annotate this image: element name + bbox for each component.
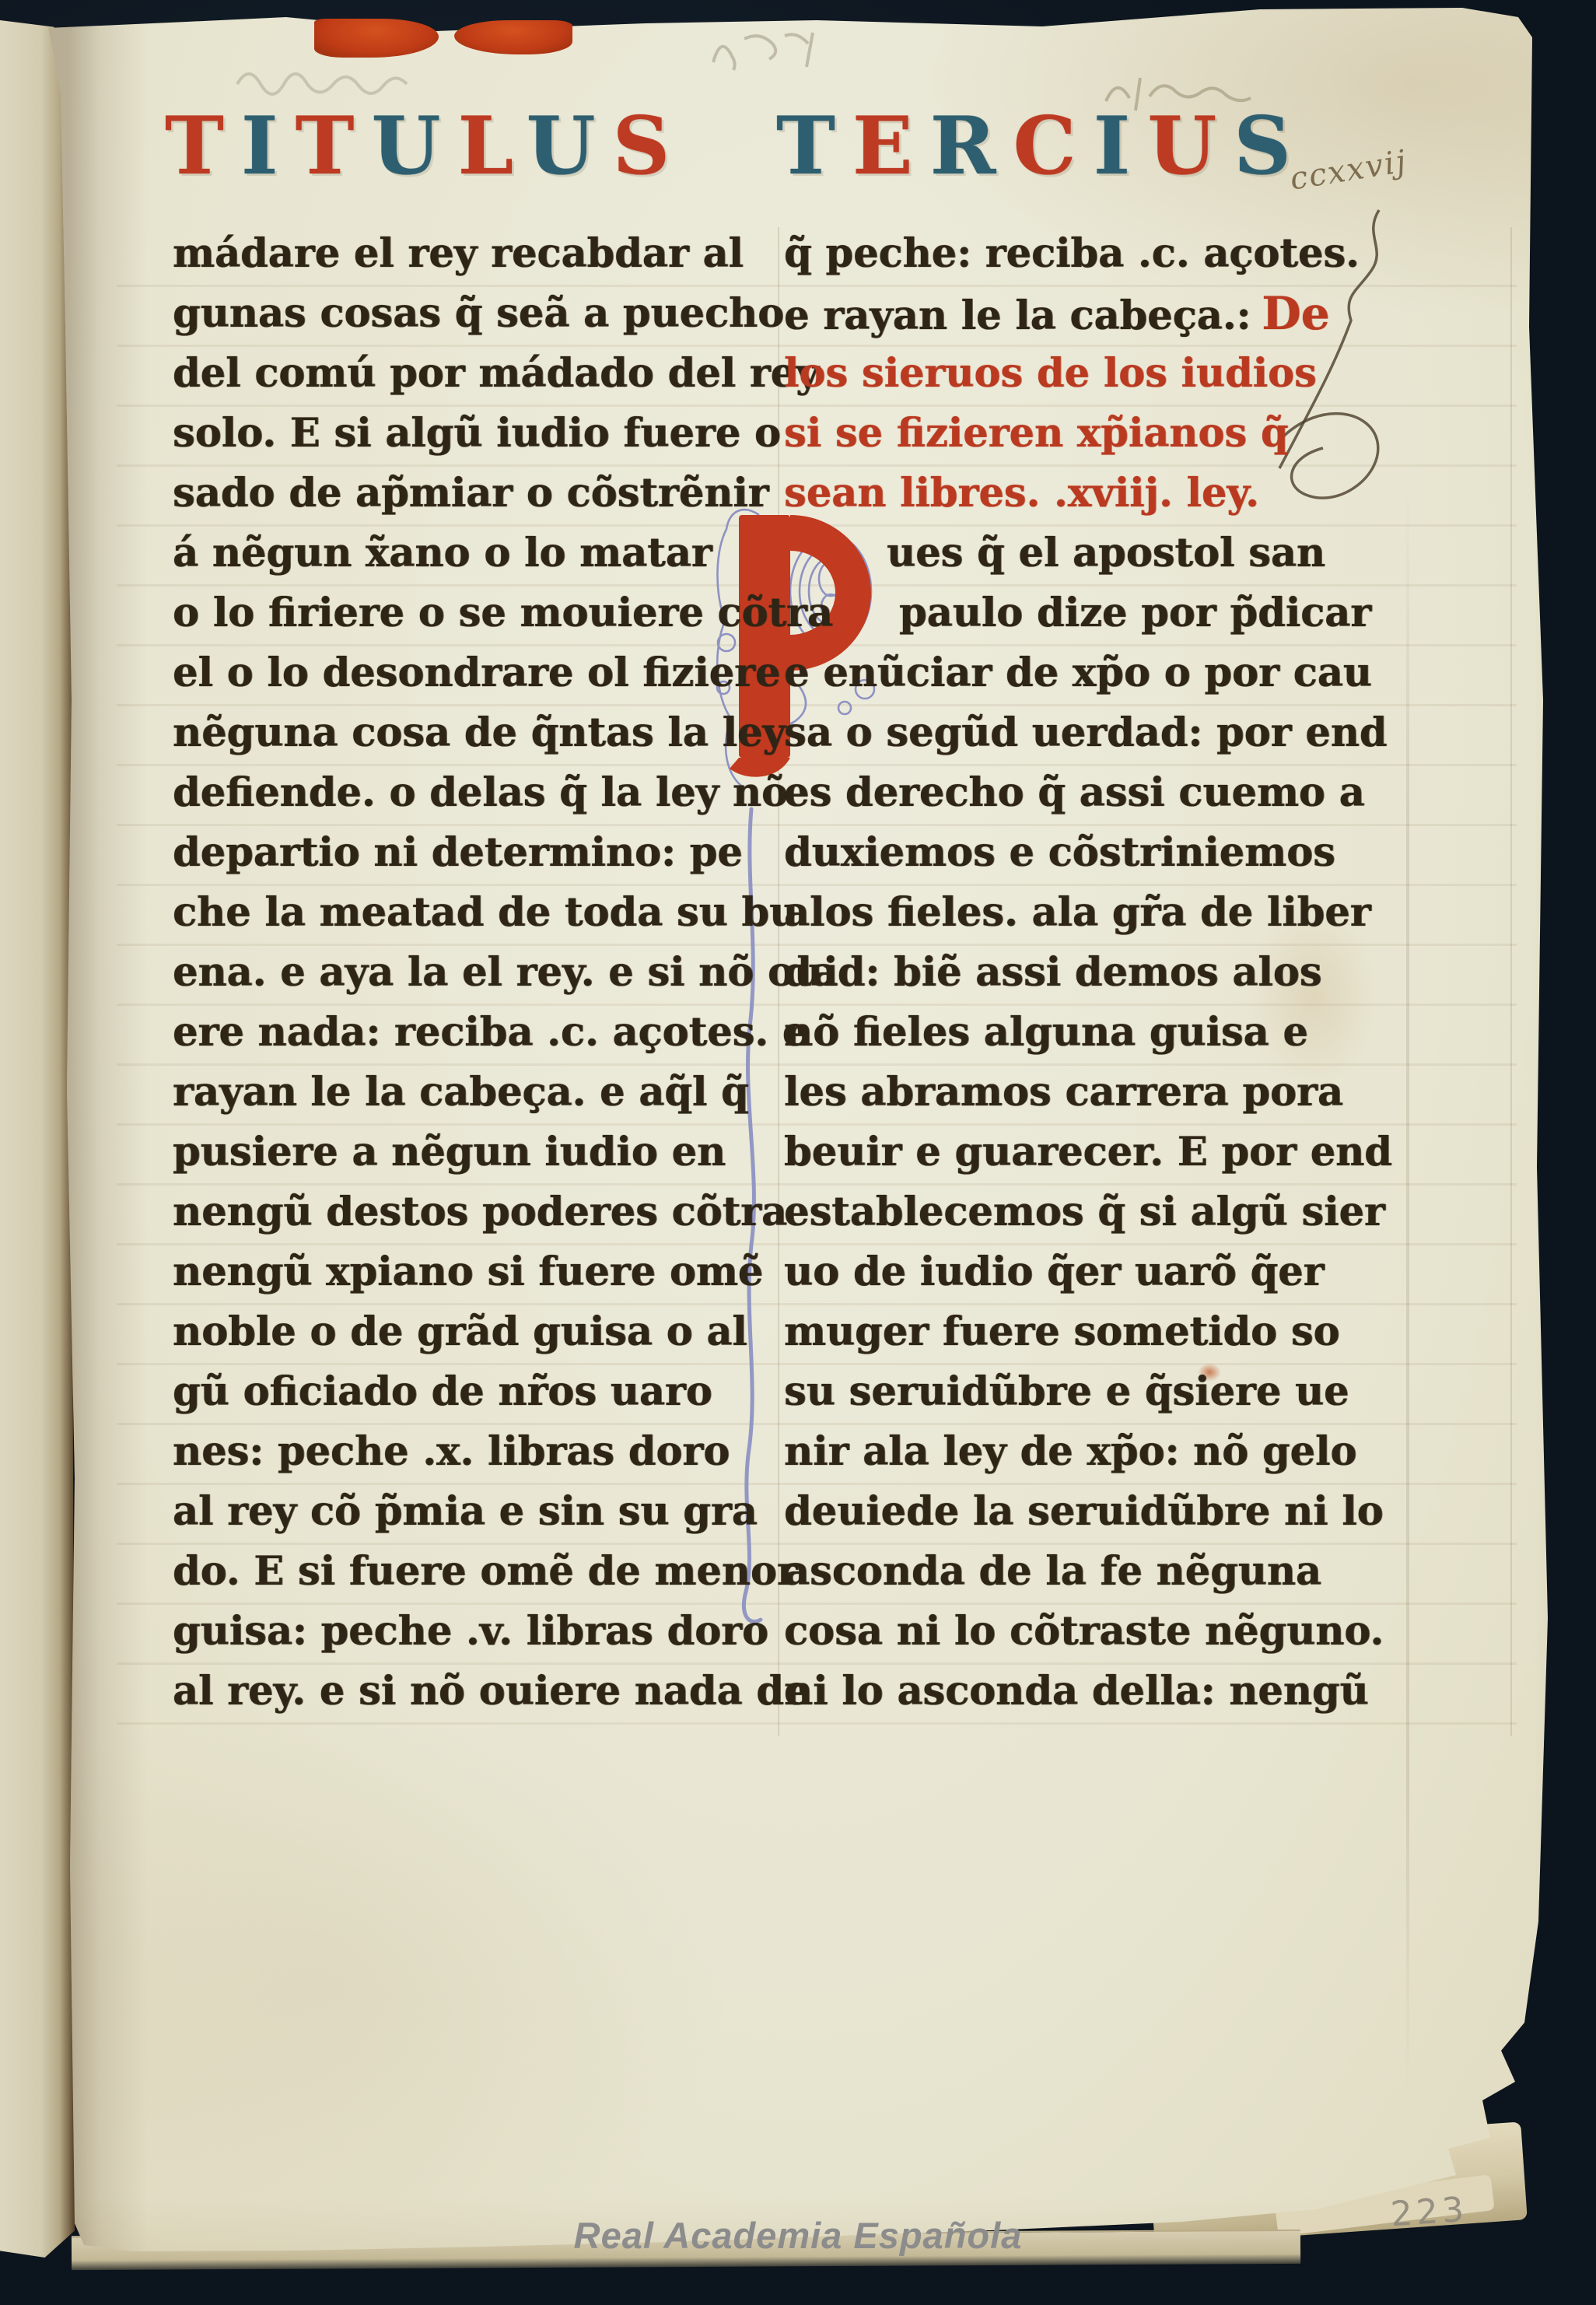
manuscript-line: pusiere a nẽgun iudio en bbox=[173, 1123, 725, 1182]
manuscript-line: nengũ xpiano si fuere omẽ bbox=[173, 1242, 725, 1302]
manuscript-line: deuiede la seruidũbre ni lo bbox=[784, 1482, 1336, 1542]
title-letter: L bbox=[457, 100, 526, 193]
manuscript-line: gunas cosas q̃ seã a puecho bbox=[173, 284, 725, 344]
manuscript-line: e enũciar de xp̃o o por cau bbox=[784, 643, 1336, 703]
manuscript-line: sa o segũd uerdad: por end bbox=[784, 703, 1336, 763]
manuscript-line: al rey. e si nõ ouiere nada de bbox=[173, 1662, 725, 1722]
title-letter: E bbox=[852, 100, 930, 193]
title-letter: U bbox=[1147, 100, 1234, 193]
title-letter: R bbox=[930, 100, 1013, 193]
running-title-titulus: TITULUS bbox=[165, 100, 687, 193]
title-letter: T bbox=[296, 100, 372, 193]
manuscript-line: q̃ peche: reciba .c. açotes. bbox=[784, 224, 1336, 284]
vertical-crease bbox=[1406, 482, 1409, 2100]
title-letter: T bbox=[776, 100, 852, 193]
manuscript-line: al rey cõ p̃mia e sin su gra bbox=[173, 1482, 725, 1542]
manuscript-line: rayan le la cabeça. e aq̃l q̃ bbox=[173, 1063, 725, 1123]
manuscript-line: nẽguna cosa de q̃ntas la ley bbox=[173, 703, 725, 763]
title-letter: T bbox=[165, 100, 241, 193]
faint-inscription bbox=[229, 51, 447, 101]
title-letter: S bbox=[613, 100, 688, 193]
text-column-left: mádare el rey recabdar al gunas cosas q̃… bbox=[173, 224, 725, 1722]
manuscript-line: guisa: peche .v. libras doro bbox=[173, 1602, 725, 1662]
title-letter: U bbox=[527, 100, 613, 193]
manuscript-line: ena. e aya la el rey. e si nõ oui bbox=[173, 943, 725, 1003]
title-letter: S bbox=[1234, 100, 1308, 193]
manuscript-line: che la meatad de toda su bu bbox=[173, 883, 725, 943]
manuscript-line: ni lo asconda della: nengũ bbox=[784, 1662, 1336, 1722]
rubric-de: De bbox=[1262, 287, 1329, 340]
manuscript-line: o lo firiere o se mouiere cõtra bbox=[173, 583, 725, 643]
library-watermark: Real Academia Española bbox=[0, 2214, 1596, 2257]
manuscript-line: nes: peche .x. libras doro bbox=[173, 1422, 725, 1482]
title-letter: C bbox=[1013, 100, 1093, 193]
manuscript-line: ues q̃ el apostol san bbox=[784, 524, 1336, 583]
text-column-right: q̃ peche: reciba .c. açotes. e rayan le … bbox=[784, 224, 1336, 1722]
manuscript-line: uo de iudio q̃er uarõ q̃er bbox=[784, 1242, 1336, 1302]
manuscript-line: cosa ni lo cõtraste nẽguno. bbox=[784, 1602, 1336, 1662]
manuscript-line: ere nada: reciba .c. açotes. e bbox=[173, 1003, 725, 1063]
margin-ruling-line bbox=[1510, 227, 1512, 1736]
manuscript-line: su seruidũbre e q̃siere ue bbox=[784, 1362, 1336, 1422]
title-letter: U bbox=[372, 100, 458, 193]
manuscript-line: dad: biẽ assi demos alos bbox=[784, 943, 1336, 1003]
manuscript-line: nengũ destos poderes cõtra bbox=[173, 1182, 725, 1242]
manuscript-line: sado de ap̃miar o cõstrẽnir bbox=[173, 464, 725, 524]
manuscript-line: paulo dize por p̃dicar bbox=[784, 583, 1336, 643]
manuscript-line: defiende. o delas q̃ la ley nõ bbox=[173, 763, 725, 823]
manuscript-line: noble o de grãd guisa o al bbox=[173, 1302, 725, 1362]
manuscript-line: asconda de la fe nẽguna bbox=[784, 1542, 1336, 1602]
facing-folio-edge bbox=[0, 20, 75, 2258]
manuscript-photo: ccxxvij TITULUS TERCIUS bbox=[0, 0, 1596, 2305]
manuscript-line: departio ni determino: pe bbox=[173, 823, 725, 883]
manuscript-line: e rayan le la cabeça.:De bbox=[784, 284, 1336, 344]
rubric-line: si se fizieren xp̃ianos q̃ bbox=[784, 404, 1336, 464]
faint-inscription bbox=[704, 22, 844, 76]
manuscript-line: les abramos carrera pora bbox=[784, 1063, 1336, 1123]
manuscript-line: duxiemos e cõstriniemos bbox=[784, 823, 1336, 883]
manuscript-line: del comú por mádado del rey bbox=[173, 344, 725, 404]
manuscript-line: mádare el rey recabdar al bbox=[173, 224, 725, 284]
manuscript-line: nõ fieles alguna guisa e bbox=[784, 1003, 1336, 1063]
manuscript-line: beuir e guarecer. E por end bbox=[784, 1123, 1336, 1182]
rubric-line: sean libres. .xviij. ley. bbox=[784, 464, 1336, 524]
manuscript-line: nir ala ley de xp̃o: nõ gelo bbox=[784, 1422, 1336, 1482]
manuscript-line: el o lo desondrare ol fiziere bbox=[173, 643, 725, 703]
manuscript-line: muger fuere sometido so bbox=[784, 1302, 1336, 1362]
manuscript-line: solo. E si algũ iudio fuere o bbox=[173, 404, 725, 464]
title-letter: I bbox=[1094, 100, 1148, 193]
manuscript-line: do. E si fuere omẽ de menor bbox=[173, 1542, 725, 1602]
manuscript-line: establecemos q̃ si algũ sier bbox=[784, 1182, 1336, 1242]
manuscript-line: á nẽgun x̃ano o lo matar bbox=[173, 524, 725, 583]
line-black-part: e rayan le la cabeça.: bbox=[784, 293, 1251, 339]
running-title-tercius: TERCIUS bbox=[776, 100, 1308, 193]
title-letter: I bbox=[241, 100, 296, 193]
manuscript-line: gũ oficiado de nr̃os uaro bbox=[173, 1362, 725, 1422]
manuscript-line: alos fieles. ala gr̃a de liber bbox=[784, 883, 1336, 943]
rubric-line: los sieruos de los iudios bbox=[784, 344, 1336, 404]
manuscript-line: es derecho q̃ assi cuemo a bbox=[784, 763, 1336, 823]
